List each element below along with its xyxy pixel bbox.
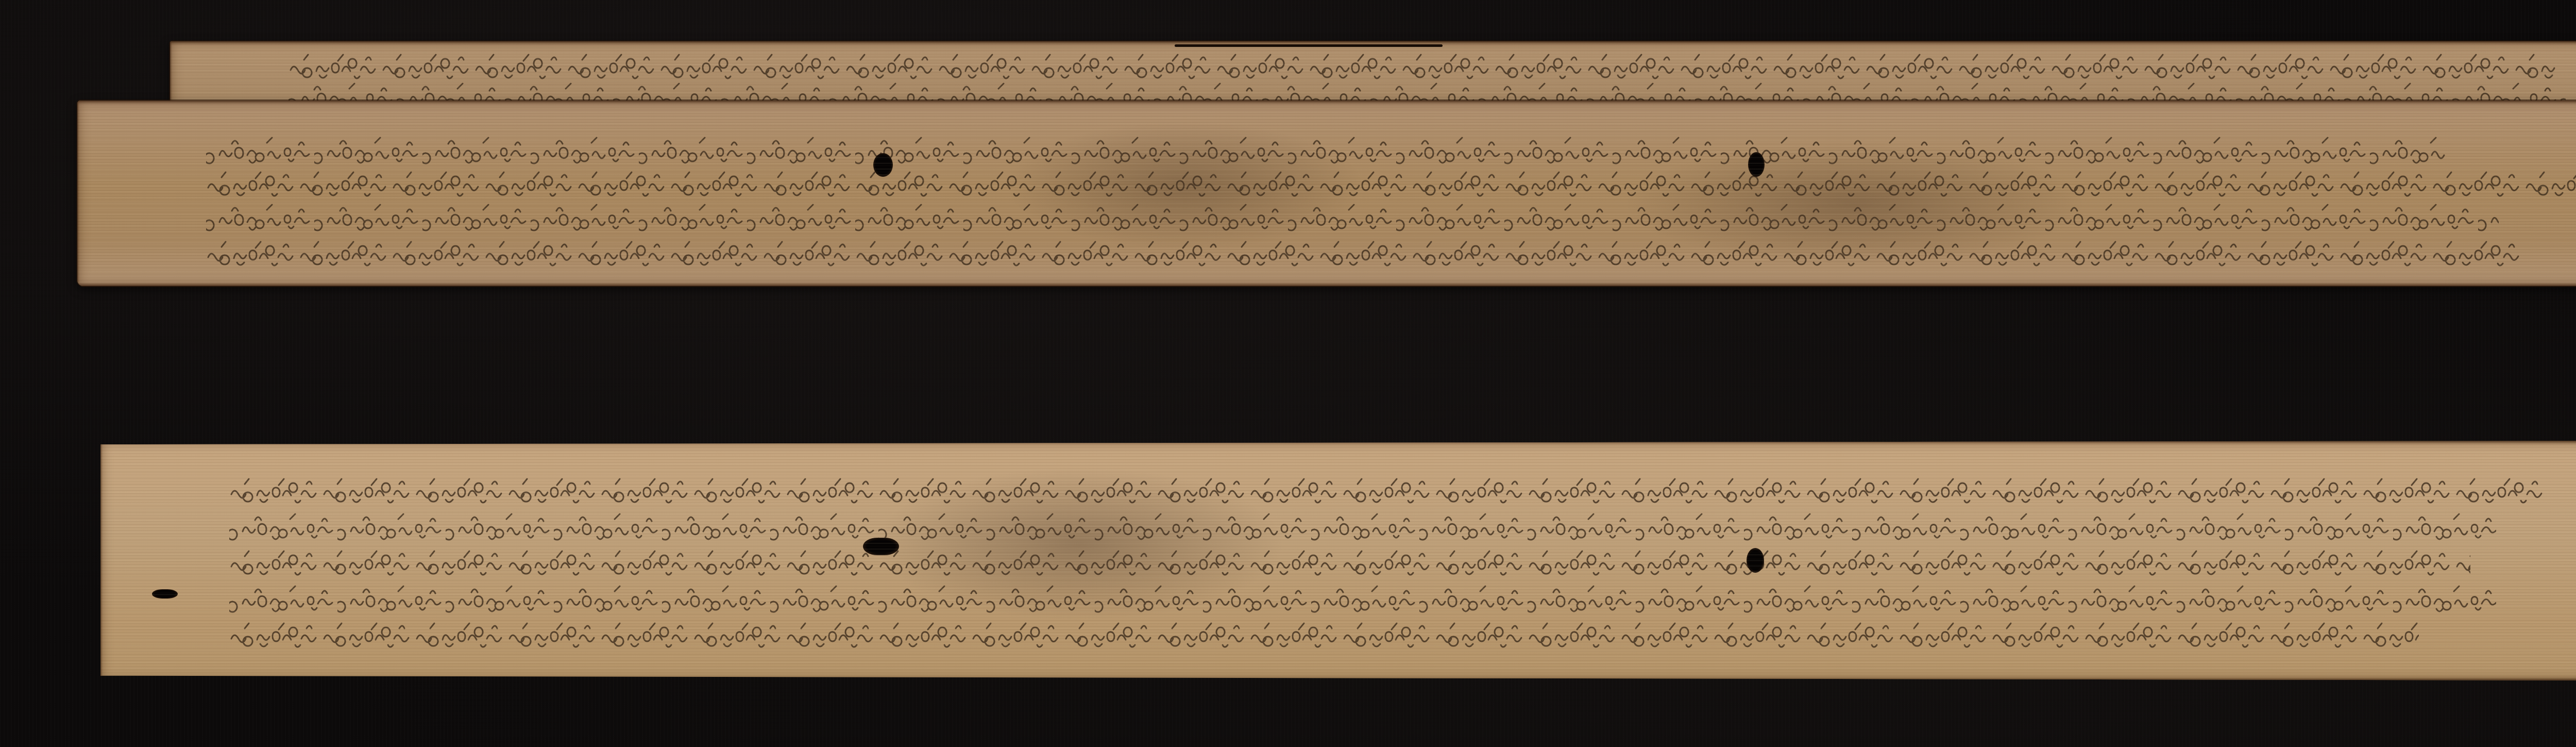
manuscript-text-line [206,170,2576,199]
leaf-stain [1623,142,2087,265]
string-hole [1748,152,1765,177]
manuscript-text-line [229,513,2496,542]
manuscript-text-line [289,53,2555,81]
manuscript-text-line [229,585,2496,614]
leaf-stain [873,467,1285,621]
leaf-crack [1175,44,1443,47]
top-leaf-main-strip [77,101,2576,286]
string-hole [873,153,893,177]
bottom-leaf [100,441,2576,680]
manuscript-text-line [229,549,2470,578]
manuscript-text-line [229,477,2548,506]
leaf-stain [1005,121,1365,250]
manuscript-text-line [229,621,2419,650]
manuscript-text-line [206,240,2524,269]
string-hole-slot [863,538,899,555]
edge-slot [152,589,178,599]
string-hole [1747,548,1764,573]
